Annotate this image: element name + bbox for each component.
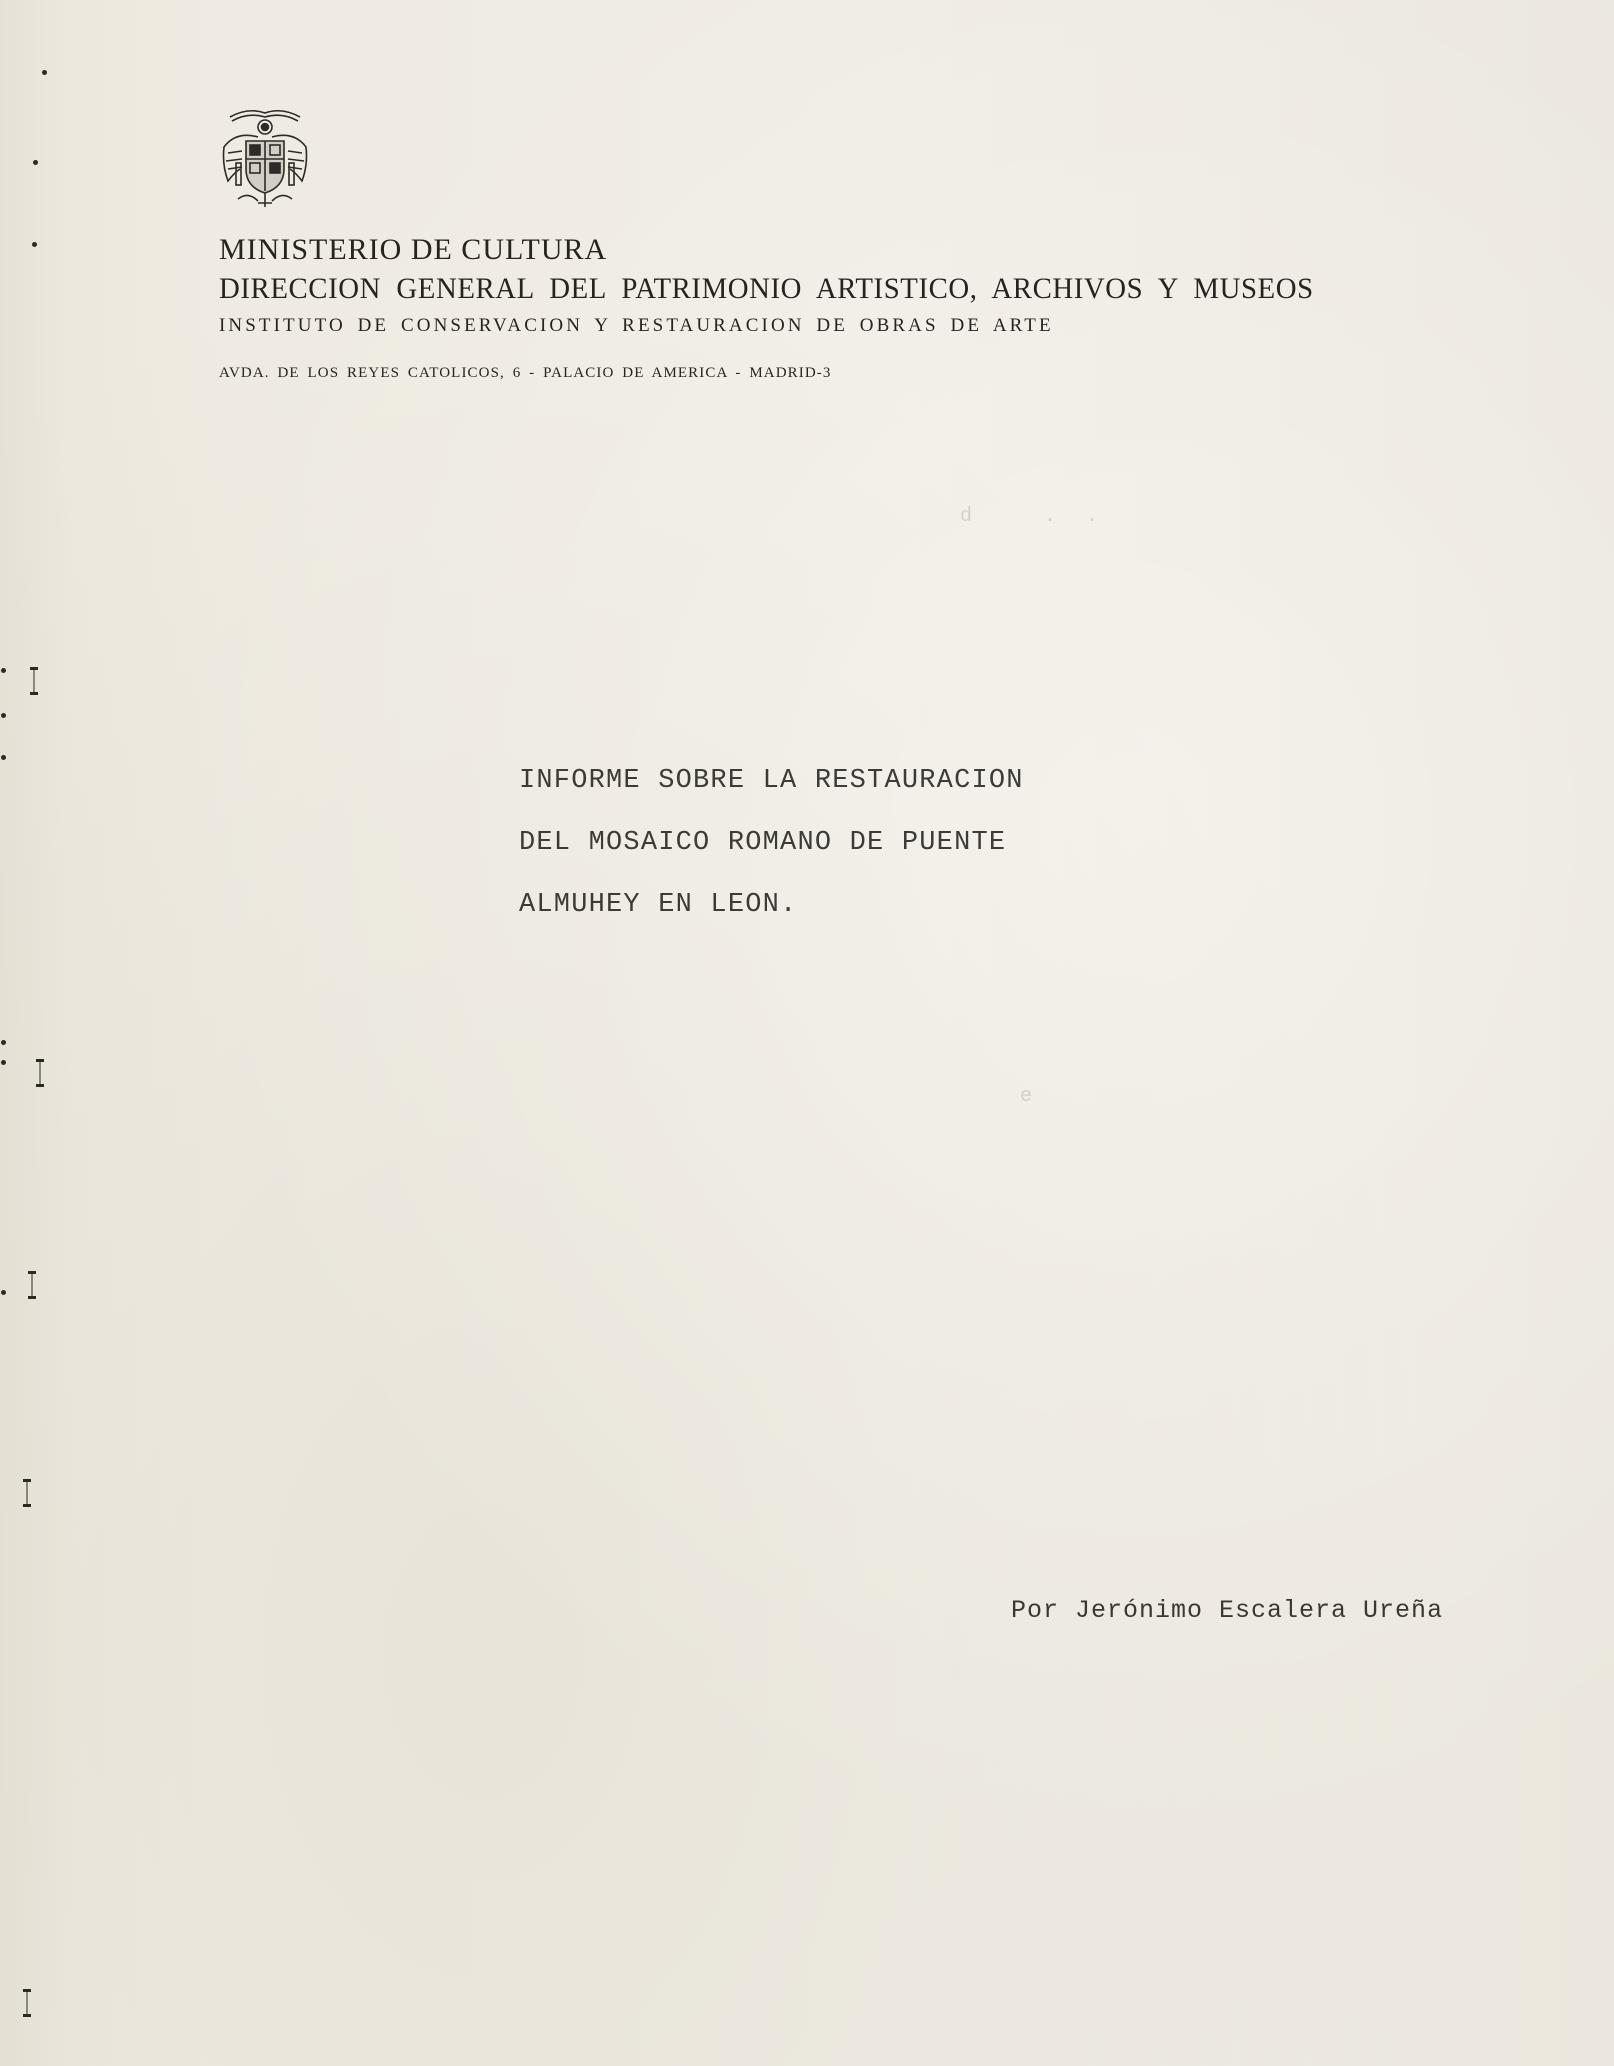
staple-mark [26, 1990, 28, 2016]
binding-hole-mark [1, 713, 6, 718]
title-line: ALMUHEY EN LEON. [519, 887, 1024, 949]
author-line: Por Jerónimo Escalera Ureña [1011, 1596, 1443, 1625]
document-page: d . . e [0, 0, 1614, 2066]
show-through-text: e [1020, 1085, 1034, 1108]
title-line: DEL MOSAICO ROMANO DE PUENTE [519, 825, 1024, 887]
binding-hole-mark [1, 668, 6, 673]
institute-name: INSTITUTO DE CONSERVACION Y RESTAURACION… [219, 313, 1359, 339]
report-title: INFORME SOBRE LA RESTAURACION DEL MOSAIC… [519, 763, 1024, 949]
letterhead: MINISTERIO DE CULTURA DIRECCION GENERAL … [219, 232, 1359, 383]
binding-hole-mark [1, 755, 6, 760]
staple-mark [31, 1272, 33, 1298]
binding-hole-mark [42, 70, 47, 75]
directorate-name: DIRECCION GENERAL DEL PATRIMONIO ARTISTI… [219, 268, 1314, 310]
staple-mark [26, 1480, 28, 1506]
title-line: INFORME SOBRE LA RESTAURACION [519, 763, 1024, 825]
coat-of-arms-icon [218, 103, 312, 215]
staple-mark [39, 1060, 41, 1086]
show-through-text: d . . [960, 505, 1100, 528]
staple-mark [33, 668, 35, 694]
ministry-name: MINISTERIO DE CULTURA [219, 232, 1359, 268]
address: AVDA. DE LOS REYES CATOLICOS, 6 - PALACI… [219, 363, 1359, 383]
binding-hole-mark [1, 1060, 6, 1065]
binding-hole-mark [33, 160, 38, 165]
binding-hole-mark [1, 1040, 6, 1045]
binding-hole-mark [32, 242, 37, 247]
binding-hole-mark [1, 1290, 6, 1295]
